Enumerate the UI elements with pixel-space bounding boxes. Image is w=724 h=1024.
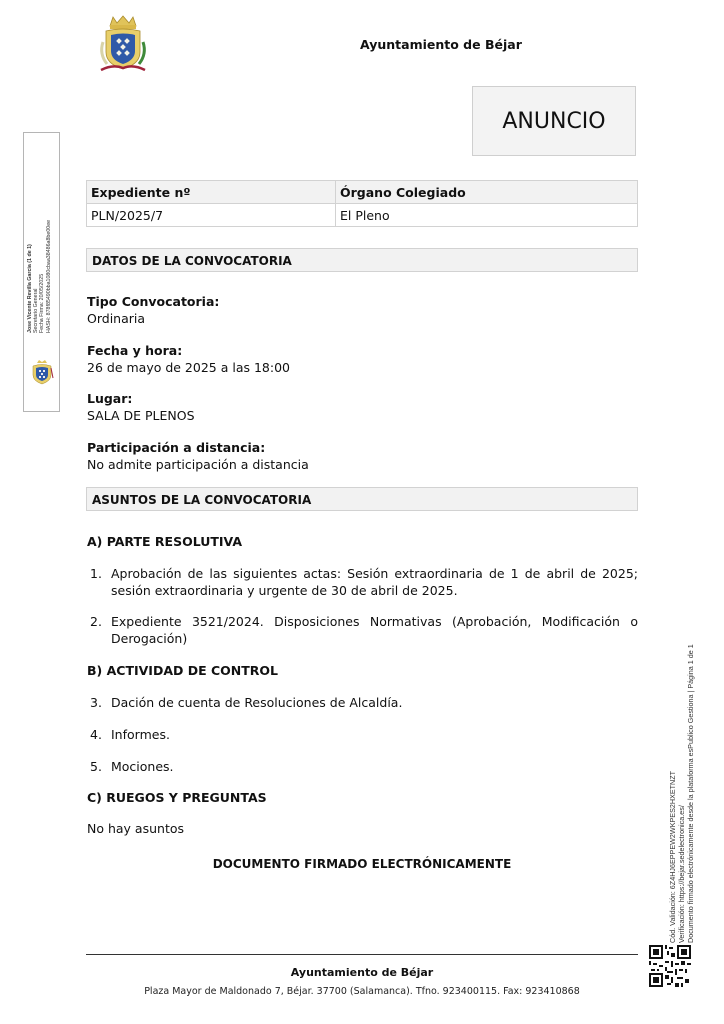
signature-details: Jose Vicente Revilla Garcia (1 de 1) Sec… [27, 221, 52, 333]
footer-address: Plaza Mayor de Maldonado 7, Béjar. 37700… [0, 986, 724, 997]
item-number: 4. [90, 726, 102, 743]
field-value-fecha: 26 de mayo de 2025 a las 18:00 [87, 360, 290, 375]
column-header-organo: Órgano Colegiado [336, 181, 638, 204]
heading-actividad-control: B) ACTIVIDAD DE CONTROL [87, 663, 278, 678]
heading-ruegos-preguntas: C) RUEGOS Y PREGUNTAS [87, 790, 267, 805]
field-label-lugar: Lugar: [87, 391, 132, 406]
expediente-number: PLN/2025/7 [87, 204, 336, 227]
organo-colegiado: El Pleno [336, 204, 638, 227]
item-text: Dación de cuenta de Resoluciones de Alca… [111, 694, 638, 711]
table-header-row: Expediente nº Órgano Colegiado [87, 181, 638, 204]
field-value-participacion: No admite participación a distancia [87, 457, 309, 472]
verification-details: Cód. Validación: 6Z4HJ6EPPEW2WKPES2HXETN… [668, 644, 695, 943]
item-text-line1: Aprobación de las siguientes actas: Sesi… [111, 565, 638, 582]
sign-hash: HASH: 878f85490bba1080cbaa38486a8be00ee [46, 221, 52, 333]
section-asuntos: ASUNTOS DE LA CONVOCATORIA [86, 487, 638, 511]
column-header-expediente: Expediente nº [87, 181, 336, 204]
list-item: 3. Dación de cuenta de Resoluciones de A… [87, 694, 638, 711]
list-item: 2. Expediente 3521/2024. Disposiciones N… [87, 613, 638, 647]
item-number: 1. [90, 565, 102, 582]
document-type-label: ANUNCIO [502, 109, 605, 134]
item-text-line1: Expediente 3521/2024. Disposiciones Norm… [111, 613, 638, 630]
coat-of-arms-small-icon [30, 360, 54, 386]
item-number: 3. [90, 694, 102, 711]
item-text-line2: sesión extraordinaria y urgente de 30 de… [111, 582, 638, 599]
verification-platform: Documento firmado electrónicamente desde… [686, 644, 695, 943]
item-number: 2. [90, 613, 102, 630]
section-datos: DATOS DE LA CONVOCATORIA [86, 248, 638, 272]
expediente-table: Expediente nº Órgano Colegiado PLN/2025/… [86, 180, 638, 227]
signed-notice-text: DOCUMENTO FIRMADO ELECTRÓNICAMENTE [213, 857, 512, 871]
coat-of-arms-icon [93, 14, 153, 76]
field-value-tipo: Ordinaria [87, 311, 145, 326]
footer-divider [86, 954, 638, 955]
footer-organization: Ayuntamiento de Béjar [0, 966, 724, 979]
item-text-line2: Derogación) [111, 630, 638, 647]
list-item: 4. Informes. [87, 726, 638, 743]
verification-url[interactable]: Verificación: https://bejar.sedelectroni… [677, 644, 686, 943]
document-type-box: ANUNCIO [472, 86, 636, 156]
item-text: Informes. [111, 726, 638, 743]
no-items-note: No hay asuntos [87, 821, 184, 836]
verification-code: Cód. Validación: 6Z4HJ6EPPEW2WKPES2HXETN… [668, 644, 677, 943]
list-item: 1. Aprobación de las siguientes actas: S… [87, 565, 638, 599]
field-value-lugar: SALA DE PLENOS [87, 408, 195, 423]
field-label-participacion: Participación a distancia: [87, 440, 265, 455]
item-number: 5. [90, 758, 102, 775]
heading-parte-resolutiva: A) PARTE RESOLUTIVA [87, 534, 242, 549]
field-label-fecha: Fecha y hora: [87, 343, 182, 358]
table-row: PLN/2025/7 El Pleno [87, 204, 638, 227]
signed-notice: DOCUMENTO FIRMADO ELECTRÓNICAMENTE [0, 857, 724, 871]
organization-header: Ayuntamiento de Béjar [360, 37, 522, 52]
list-item: 5. Mociones. [87, 758, 638, 775]
field-label-tipo: Tipo Convocatoria: [87, 294, 219, 309]
item-text: Mociones. [111, 758, 638, 775]
